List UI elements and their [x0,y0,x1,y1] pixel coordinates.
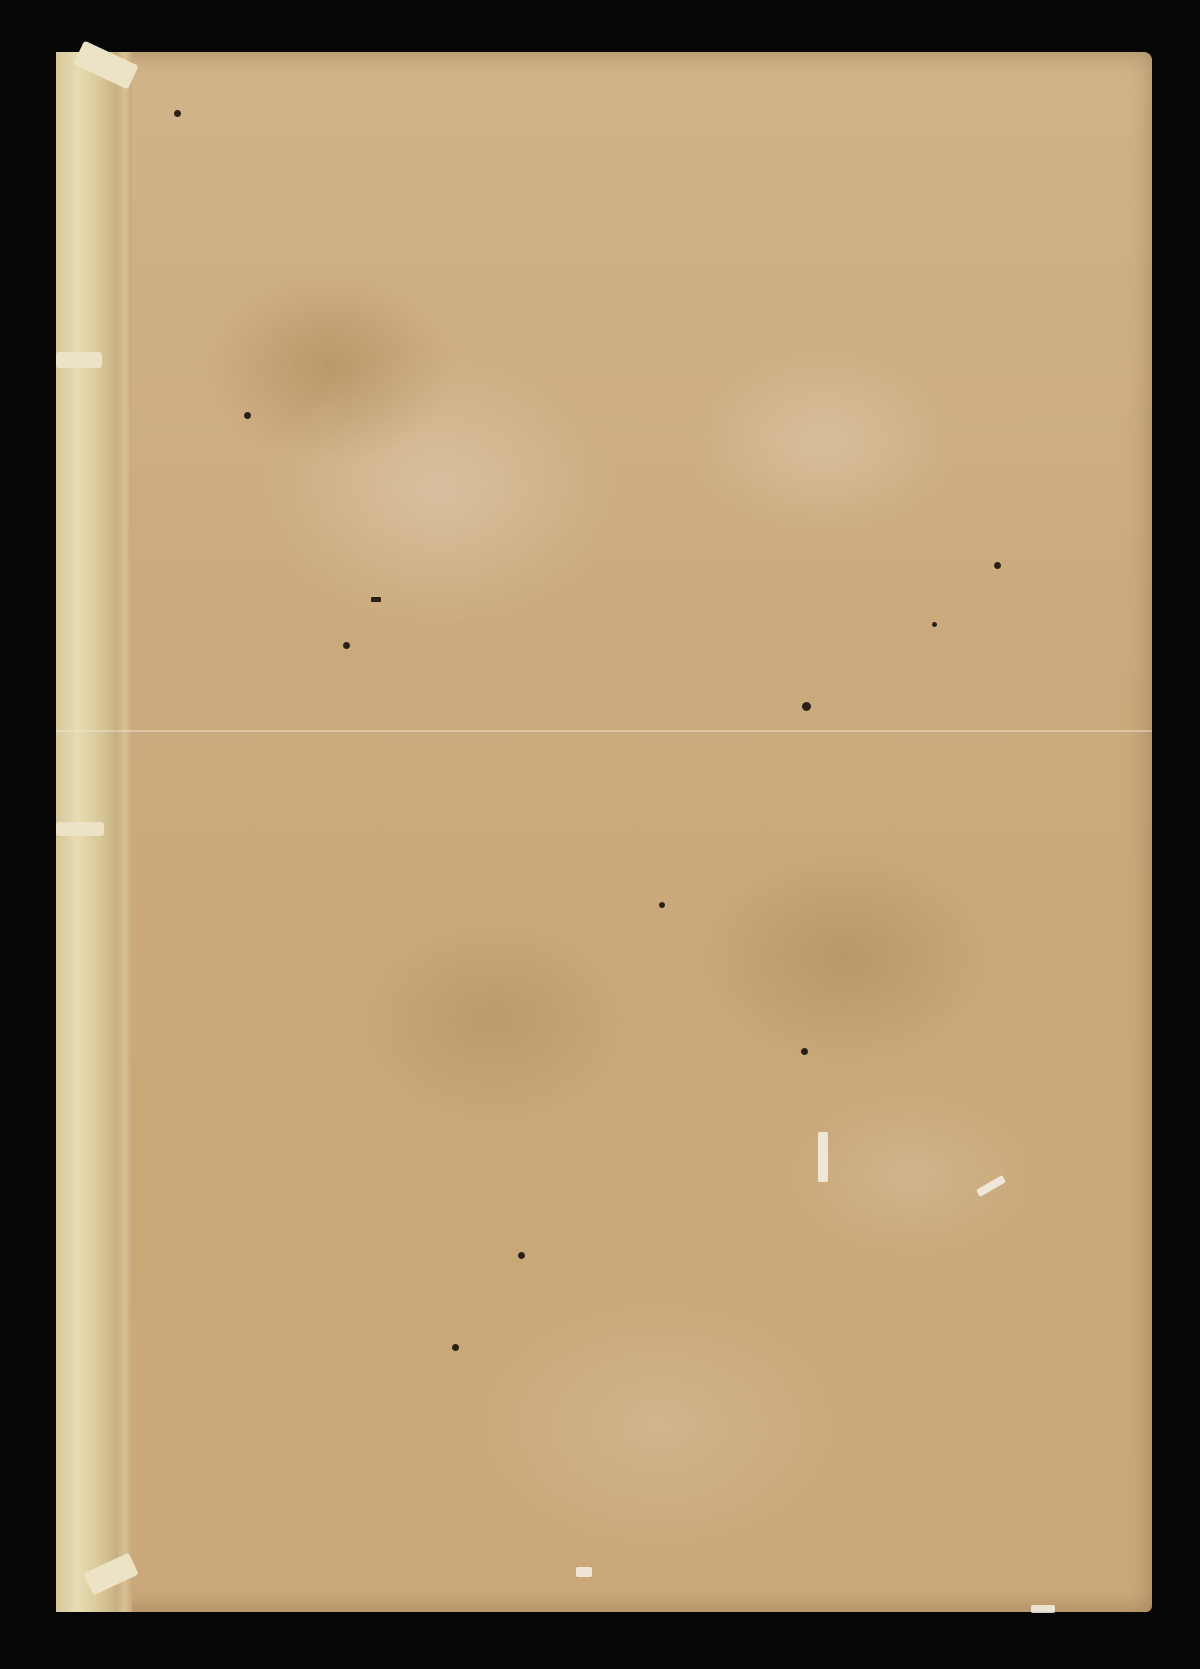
stain-speck [244,412,251,419]
stain-speck [932,622,937,627]
book-cover [56,52,1152,1612]
spine-tear-middle [56,352,102,368]
stain-speck [802,702,811,711]
stain-speck [801,1048,808,1055]
stain-speck [452,1344,459,1351]
stain-speck [371,597,381,602]
spine-joint [118,52,132,1612]
stain-speck [174,110,181,117]
surface-abrasion [818,1132,828,1182]
stain-speck [343,642,350,649]
surface-abrasion [1031,1605,1055,1613]
stain-speck [518,1252,525,1259]
stain-speck [659,902,665,908]
surface-abrasion [976,1175,1006,1197]
surface-abrasion [576,1567,592,1577]
stain-speck [994,562,1001,569]
spine-tear-lower [56,822,104,836]
crease-line [56,730,1152,732]
